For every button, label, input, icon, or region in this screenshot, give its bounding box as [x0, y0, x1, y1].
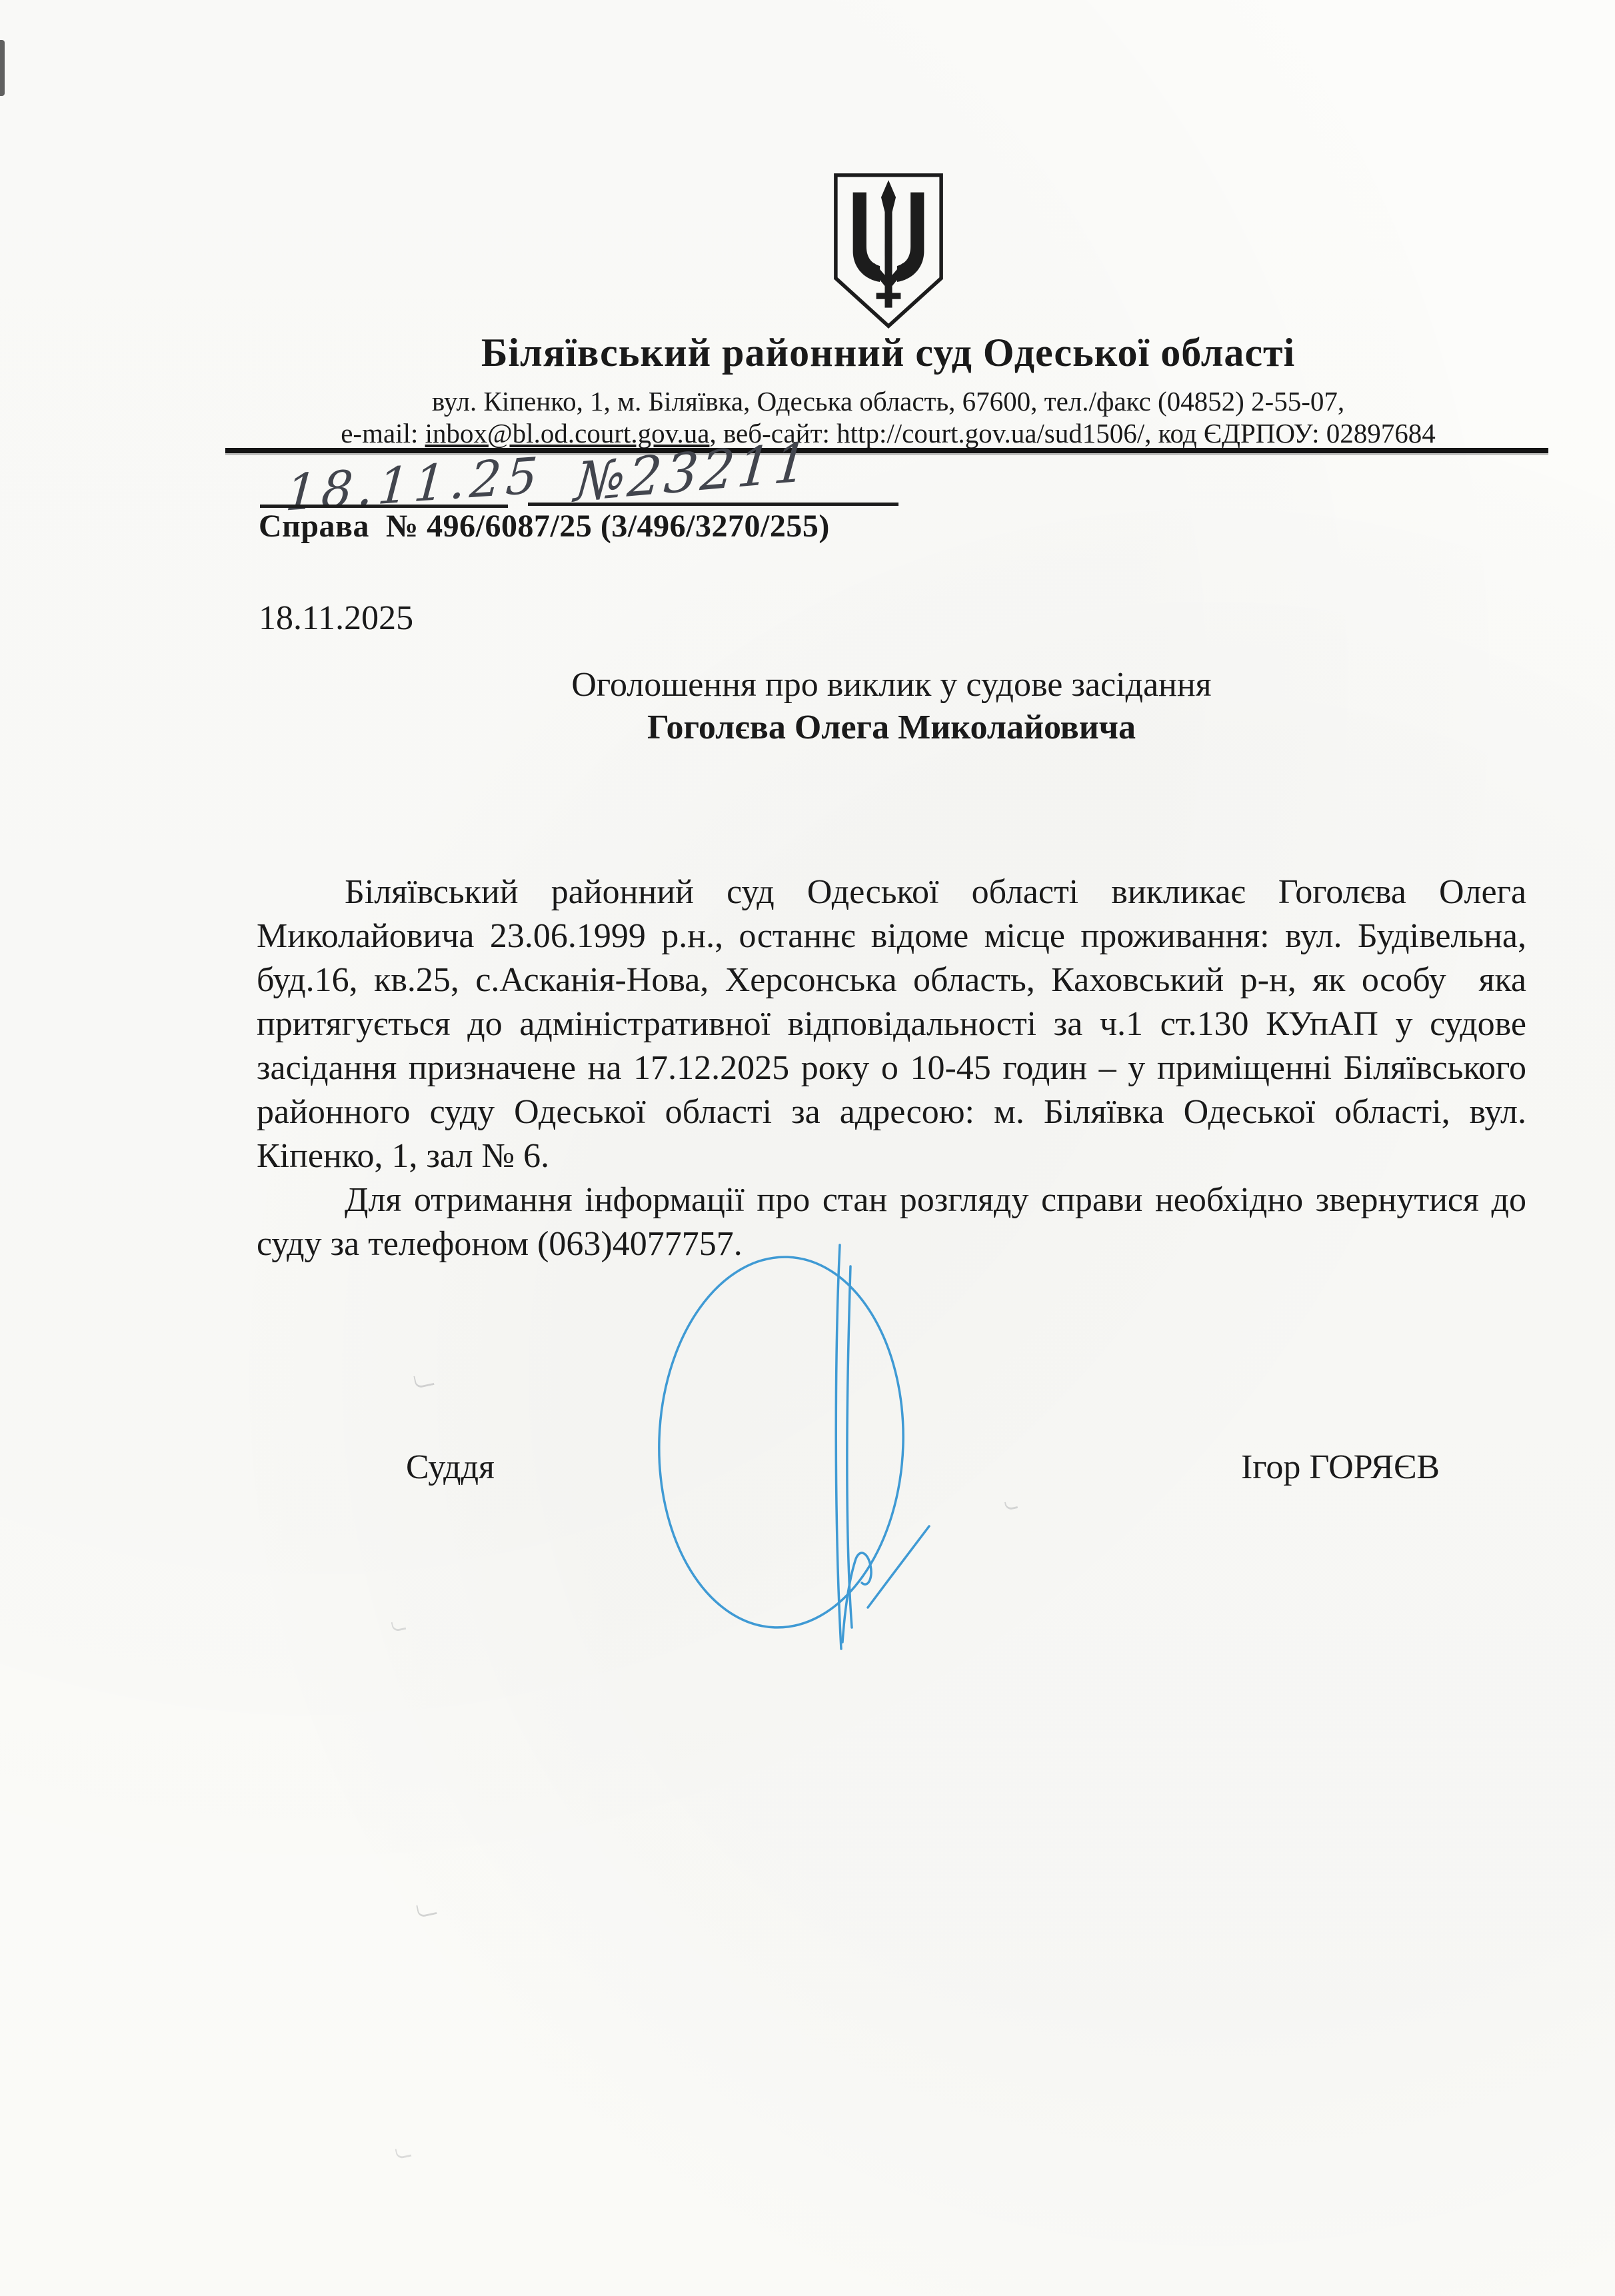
judge-role-label: Суддя — [406, 1448, 495, 1487]
scan-artifact — [391, 1620, 407, 1632]
body-paragraph-1: Біляївський районний суд Одеської област… — [257, 870, 1526, 1178]
announcement-title: Оголошення про виклик у судове засідання — [257, 665, 1526, 704]
letterhead-divider-rule — [225, 448, 1548, 453]
scan-artifact — [1004, 1500, 1018, 1510]
case-number-line: Справа № 496/6087/25 (3/496/3270/255) — [259, 508, 830, 545]
scan-artifact — [416, 1901, 437, 1917]
judge-name: Ігор ГОРЯЄВ — [1241, 1448, 1440, 1487]
scan-edge-artifact — [0, 40, 5, 96]
ukraine-trident-emblem-icon — [827, 170, 950, 333]
court-contact-line: e-mail: inbox@bl.od.court.gov.ua, веб-са… — [227, 417, 1550, 449]
letter-date: 18.11.2025 — [259, 598, 413, 638]
handwriting-underline-right — [528, 503, 898, 506]
announcement-person-name: Гоголєва Олега Миколайовича — [257, 708, 1526, 747]
email-label: e-mail: — [341, 418, 425, 449]
signature-row: Суддя Ігор ГОРЯЄВ — [257, 1448, 1526, 1487]
scanned-court-document: Біляївський районний суд Одеської област… — [0, 0, 1615, 2296]
letter-body: Біляївський районний суд Одеської област… — [257, 870, 1526, 1266]
scan-artifact — [395, 2146, 412, 2159]
scan-artifact — [413, 1372, 434, 1388]
court-address: вул. Кіпенко, 1, м. Біляївка, Одеська об… — [227, 385, 1550, 417]
website-and-code: , веб-сайт: http://court.gov.ua/sud1506/… — [709, 418, 1435, 449]
court-name: Біляївський районний суд Одеської област… — [227, 330, 1550, 376]
